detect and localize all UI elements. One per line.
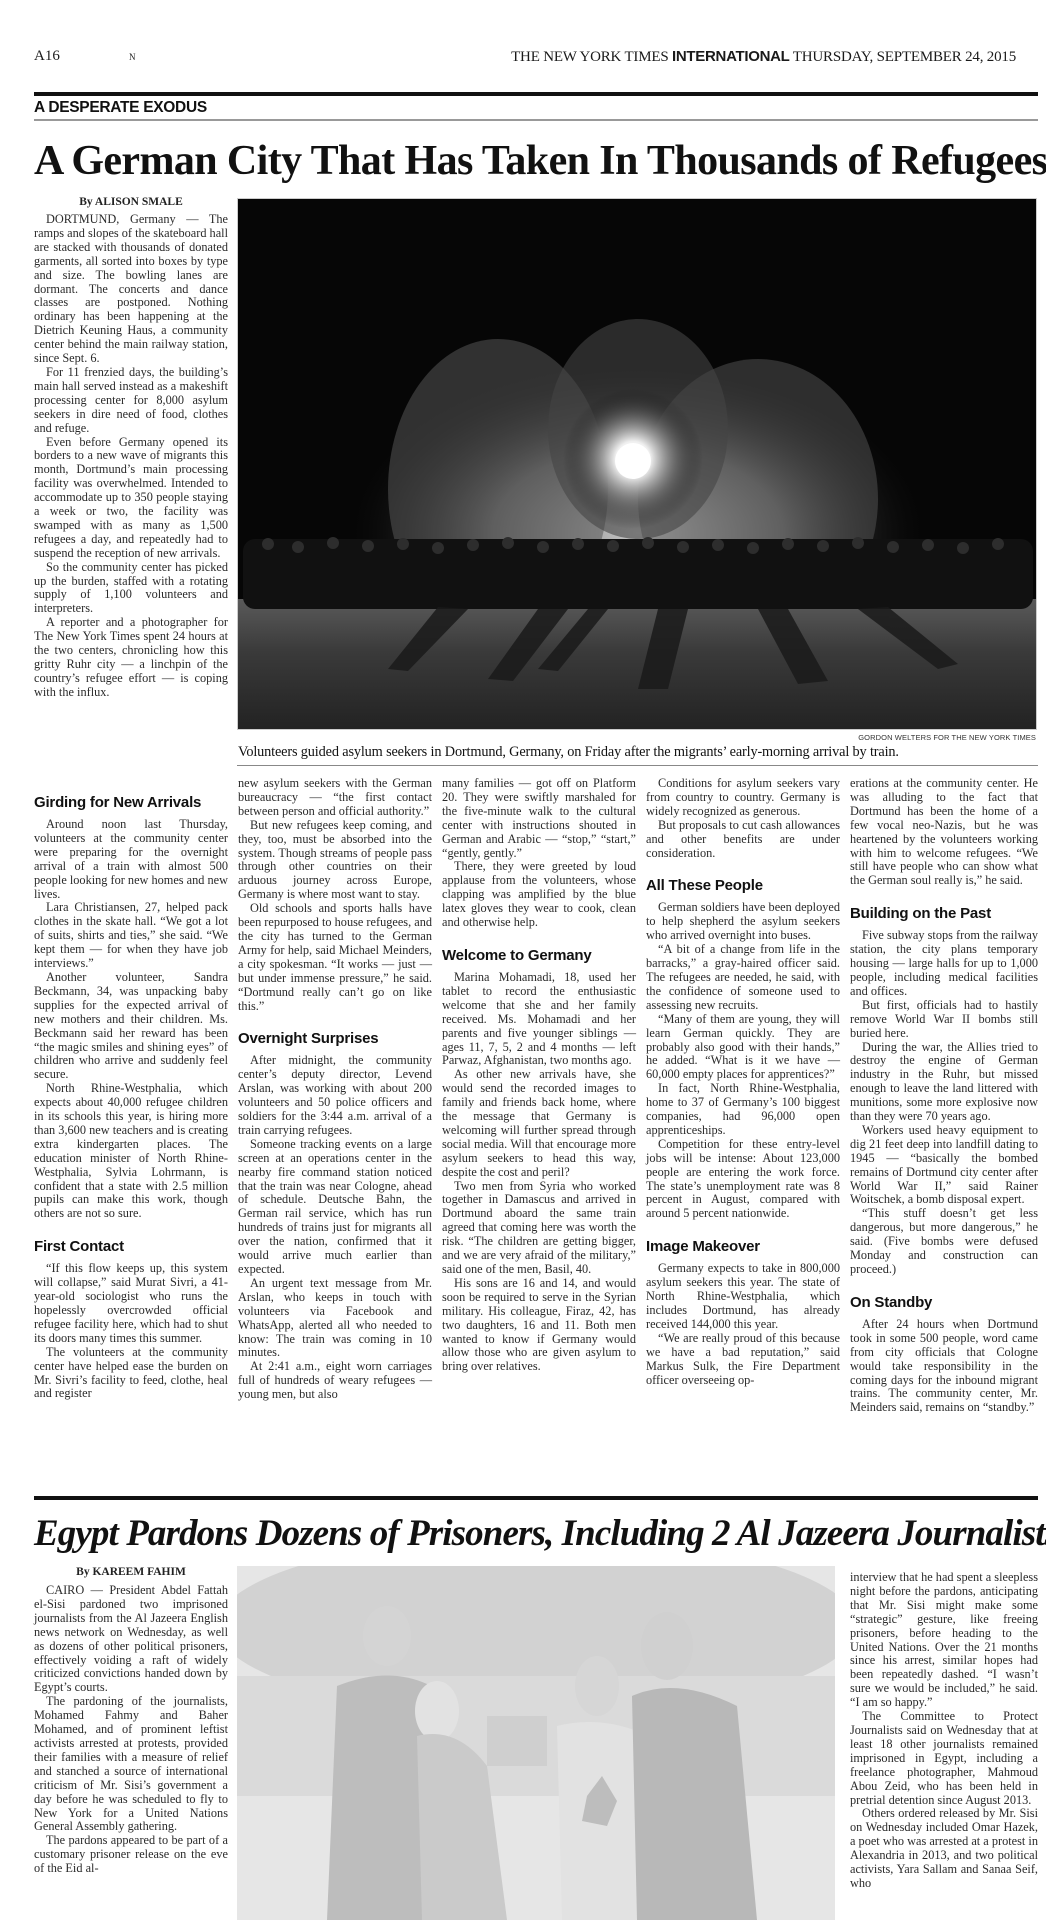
subhead-all-these-people: All These People — [646, 877, 840, 895]
paragraph: A reporter and a photographer for The Ne… — [34, 616, 228, 699]
subhead-building-on-the-past: Building on the Past — [850, 905, 1038, 923]
paragraph: Two men from Syria who worked together i… — [442, 1180, 636, 1277]
article2-photo — [237, 1566, 835, 1920]
paragraph: But proposals to cut cash allowances and… — [646, 819, 840, 861]
article2-column-1: CAIRO — President Abdel Fattah el-Sisi p… — [34, 1584, 228, 1876]
paragraph: Germany expects to take in 800,000 asylu… — [646, 1262, 840, 1332]
paragraph: But new refugees keep coming, and they, … — [238, 819, 432, 902]
article2-column-5: interview that he had spent a sleepless … — [850, 1571, 1038, 1891]
paragraph: The volunteers at the community center h… — [34, 1346, 228, 1402]
running-head: THE NEW YORK TIMES INTERNATIONAL THURSDA… — [511, 48, 1016, 66]
page-number: A16 — [34, 48, 60, 65]
paragraph: There, they were greeted by loud applaus… — [442, 860, 636, 930]
paragraph: The pardons appeared to be part of a cus… — [34, 1834, 228, 1876]
paragraph: German soldiers have been deployed to he… — [646, 901, 840, 943]
subhead-overnight-surprises: Overnight Surprises — [238, 1030, 432, 1048]
paragraph: Around noon last Thursday, volunteers at… — [34, 818, 228, 901]
article1-column-5: erations at the community center. He was… — [850, 777, 1038, 1415]
photo-caption: Volunteers guided asylum seekers in Dort… — [238, 744, 899, 761]
paragraph: new asylum seekers with the German burea… — [238, 777, 432, 819]
kicker: A DESPERATE EXODUS — [34, 99, 207, 117]
subhead-welcome-to-germany: Welcome to Germany — [442, 947, 636, 965]
kicker-rule — [34, 119, 1038, 121]
paragraph: His sons are 16 and 14, and would soon b… — [442, 1277, 636, 1374]
page-folio: A16 N THE NEW YORK TIMES INTERNATIONAL T… — [34, 48, 1016, 68]
paragraph: As other new arrivals have, she would se… — [442, 1068, 636, 1179]
article1-column-4: Conditions for asylum seekers vary from … — [646, 777, 840, 1387]
article1-photo — [237, 198, 1037, 730]
paragraph: Five subway stops from the railway stati… — [850, 929, 1038, 999]
subhead-girding-for-new-arrivals: Girding for New Arrivals — [34, 794, 228, 812]
paragraph: “This stuff doesn’t get less dangerous, … — [850, 1207, 1038, 1277]
night-crowd-photo-icon — [238, 199, 1037, 730]
subhead-on-standby: On Standby — [850, 1294, 1038, 1312]
article1-column-2: new asylum seekers with the German burea… — [238, 777, 432, 1402]
caption-rule — [237, 765, 1038, 766]
paragraph: Others ordered released by Mr. Sisi on W… — [850, 1807, 1038, 1890]
subhead-first-contact: First Contact — [34, 1238, 228, 1256]
article-divider-rule — [34, 1496, 1038, 1500]
article2-headline: Egypt Pardons Dozens of Prisoners, Inclu… — [34, 1512, 1046, 1555]
paragraph: Another volunteer, Sandra Beckmann, 34, … — [34, 971, 228, 1082]
paragraph: Even before Germany opened its borders t… — [34, 436, 228, 561]
paragraph: In fact, North Rhine-Westphalia, home to… — [646, 1082, 840, 1138]
paragraph: “If this flow keeps up, this system will… — [34, 1262, 228, 1345]
paragraph: During the war, the Allies tried to dest… — [850, 1041, 1038, 1124]
paragraph: An urgent text message from Mr. Arslan, … — [238, 1277, 432, 1360]
article1-byline: By ALISON SMALE — [34, 196, 228, 208]
paragraph: Workers used heavy equipment to dig 21 f… — [850, 1124, 1038, 1207]
article2-byline: By KAREEM FAHIM — [34, 1566, 228, 1578]
paragraph: The pardoning of the journalists, Mohame… — [34, 1695, 228, 1834]
article1-column-1: Girding for New Arrivals Around noon las… — [34, 794, 228, 1401]
paragraph: many families — got off on Platform 20. … — [442, 777, 636, 860]
paragraph: So the community center has picked up th… — [34, 561, 228, 617]
issue-date: THURSDAY, SEPTEMBER 24, 2015 — [793, 49, 1016, 65]
paragraph: The Committee to Protect Journalists sai… — [850, 1710, 1038, 1807]
paragraph: After midnight, the community center’s d… — [238, 1054, 432, 1137]
article1-lead-column: DORTMUND, Germany — The ramps and slopes… — [34, 213, 228, 700]
paragraph: Competition for these entry-level jobs w… — [646, 1138, 840, 1221]
paragraph: erations at the community center. He was… — [850, 777, 1038, 888]
paragraph: Conditions for asylum seekers vary from … — [646, 777, 840, 819]
paragraph: interview that he had spent a sleepless … — [850, 1571, 1038, 1710]
article1-column-3: many families — got off on Platform 20. … — [442, 777, 636, 1374]
paragraph: At 2:41 a.m., eight worn carriages full … — [238, 1360, 432, 1402]
paragraph: “Many of them are young, they will learn… — [646, 1013, 840, 1083]
photo-credit: GORDON WELTERS FOR THE NEW YORK TIMES — [858, 733, 1036, 742]
group-portrait-photo-icon — [237, 1566, 835, 1920]
paragraph: Someone tracking events on a large scree… — [238, 1138, 432, 1277]
paragraph: CAIRO — President Abdel Fattah el-Sisi p… — [34, 1584, 228, 1695]
edition-marker: N — [129, 52, 136, 62]
paragraph: “A bit of a change from life in the barr… — [646, 943, 840, 1013]
paragraph: DORTMUND, Germany — The ramps and slopes… — [34, 213, 228, 366]
paragraph: Lara Christiansen, 27, helped pack cloth… — [34, 901, 228, 971]
paper-name: THE NEW YORK TIMES — [511, 49, 668, 65]
paragraph: For 11 frenzied days, the building’s mai… — [34, 366, 228, 436]
paragraph: North Rhine-Westphalia, which expects ab… — [34, 1082, 228, 1221]
paragraph: After 24 hours when Dortmund took in som… — [850, 1318, 1038, 1415]
paragraph: “We are really proud of this because we … — [646, 1332, 840, 1388]
article1-headline: A German City That Has Taken In Thousand… — [34, 137, 1046, 185]
subhead-image-makeover: Image Makeover — [646, 1238, 840, 1256]
section-name: INTERNATIONAL — [672, 48, 789, 65]
paragraph: Marina Mohamadi, 18, used her tablet to … — [442, 971, 636, 1068]
paragraph: But first, officials had to hastily remo… — [850, 999, 1038, 1041]
paragraph: Old schools and sports halls have been r… — [238, 902, 432, 1013]
top-rule — [34, 92, 1038, 96]
